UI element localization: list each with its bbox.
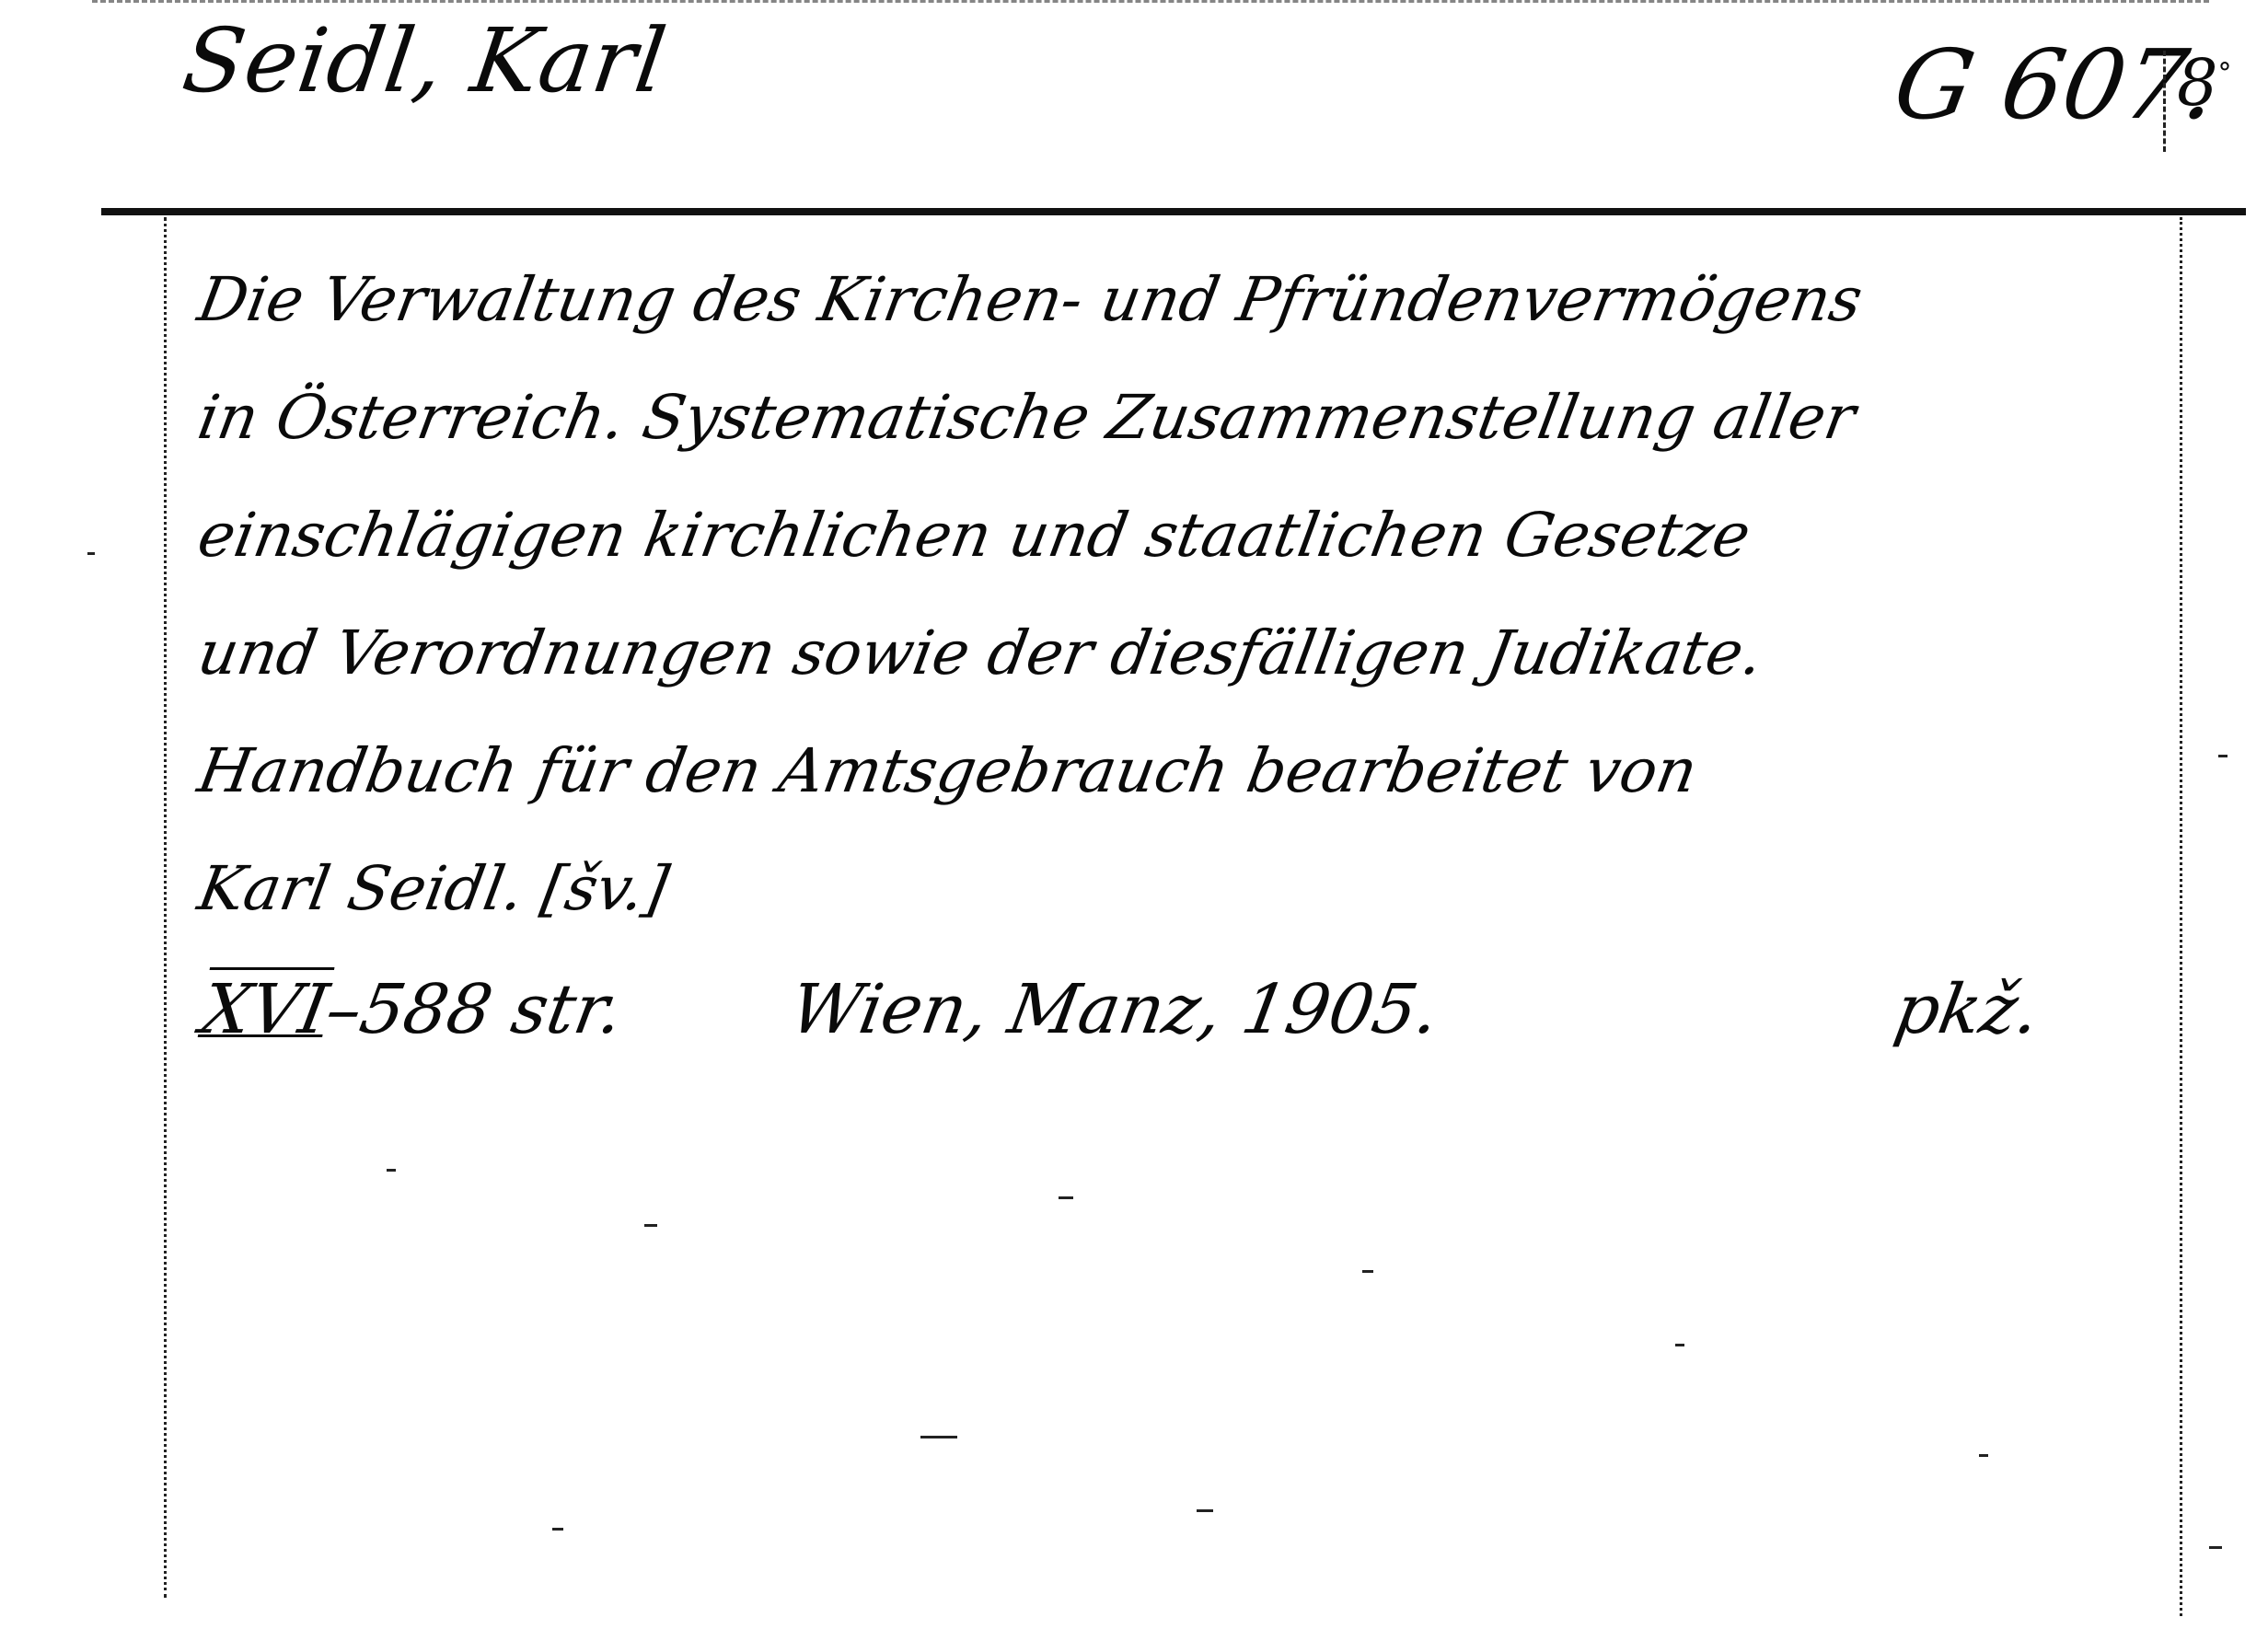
scan-speck — [920, 1436, 957, 1438]
imprint-pagination: XVI–588 str. — [196, 976, 628, 1044]
scan-speck — [2218, 755, 2227, 757]
scan-speck — [387, 1169, 396, 1172]
imprint-publication: Wien, Manz, 1905. — [785, 976, 1443, 1044]
title-line: Die Verwaltung des Kirchen- und Pfründen… — [189, 241, 2189, 359]
title-line: Karl Seidl. [šv.] — [189, 830, 2189, 948]
format-value: 8 — [2177, 45, 2218, 121]
imprint-mark: pkž. — [1890, 976, 2044, 1044]
card-top-edge — [92, 0, 2209, 6]
scan-speck — [644, 1224, 657, 1227]
right-dotted-border — [2180, 217, 2182, 1616]
format-mark: 8° — [2177, 51, 2232, 115]
pages-roman: XVI — [195, 970, 334, 1049]
scan-speck — [552, 1528, 563, 1531]
title-description: Die Verwaltung des Kirchen- und Pfründen… — [189, 241, 2168, 948]
call-number: G 607. — [1888, 37, 2225, 133]
left-dotted-border — [164, 217, 167, 1598]
title-line: einschlägigen kirchlichen und staatliche… — [189, 477, 2189, 595]
scan-speck — [2209, 1546, 2222, 1549]
scan-speck — [1979, 1454, 1988, 1457]
format-degree: ° — [2218, 58, 2232, 90]
title-line: Handbuch für den Amtsgebrauch bearbeitet… — [189, 712, 2189, 830]
title-line: in Österreich. Systematische Zusammenste… — [189, 359, 2189, 477]
scan-speck — [1059, 1196, 1073, 1199]
scan-speck — [87, 552, 95, 555]
author-heading: Seidl, Karl — [178, 17, 672, 105]
pages-arabic: –588 str. — [320, 970, 629, 1049]
catalog-card: Seidl, Karl G 607. 8° Die Verwaltung des… — [0, 0, 2268, 1629]
call-number-separator — [2163, 51, 2166, 152]
scan-speck — [1197, 1509, 1213, 1512]
title-line: und Verordnungen sowie der diesfälligen … — [189, 595, 2189, 712]
header-rule — [101, 208, 2246, 215]
scan-speck — [1675, 1344, 1684, 1346]
scan-speck — [1362, 1270, 1373, 1273]
